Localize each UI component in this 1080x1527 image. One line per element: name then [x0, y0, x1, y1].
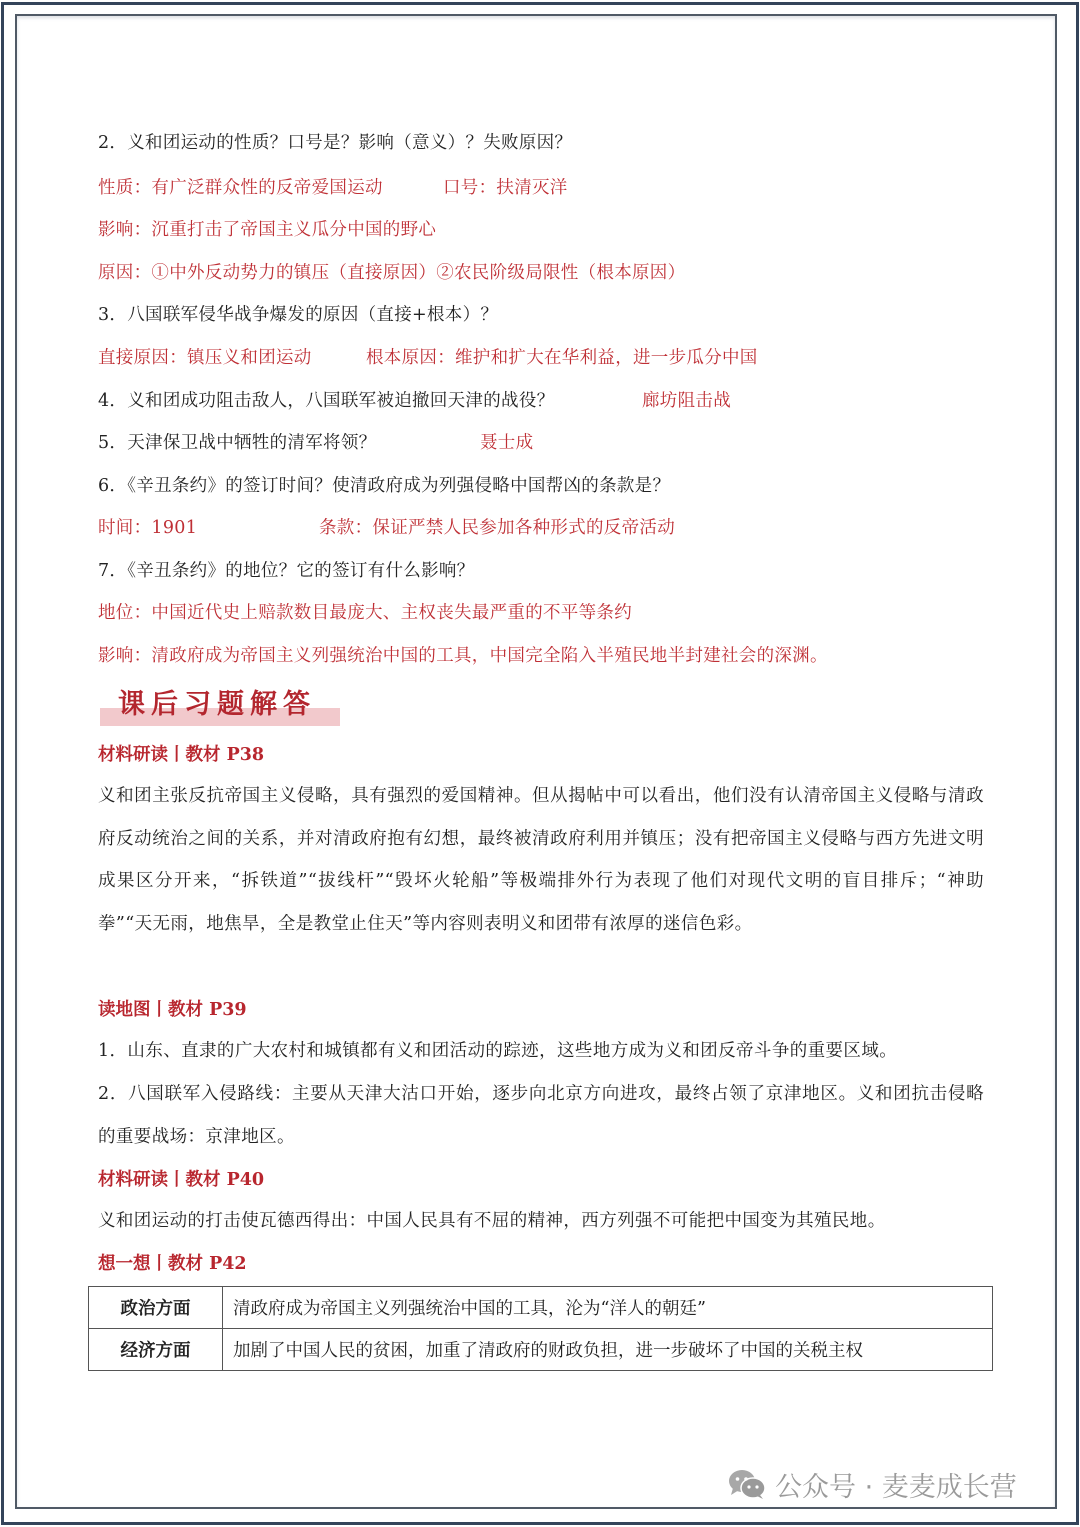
table-row: 政治方面 清政府成为帝国主义列强统治中国的工具，沦为“洋人的朝廷” — [89, 1287, 993, 1329]
section-item-p39-1: 1．山东、直隶的广大农村和城镇都有义和团活动的踪迹，这些地方成为义和团反帝斗争的… — [98, 1030, 984, 1073]
banner-title: 课后习题解答 — [118, 686, 316, 724]
section-heading-p40: 材料研读丨教材 P40 — [98, 1168, 264, 1192]
question-3: 3．八国联军侵华战争爆发的原因（直接+根本）？ — [98, 303, 498, 327]
answer-3-root: 根本原因：维护和扩大在华利益，进一步瓜分中国 — [366, 346, 758, 370]
question-5: 5．天津保卫战中牺牲的清军将领？ — [98, 431, 376, 455]
answer-2-reason: 原因：①中外反动势力的镇压（直接原因）②农民阶级局限性（根本原因） — [98, 261, 685, 285]
table-cell-content: 加剧了中国人民的贫困，加重了清政府的财政负担，进一步破坏了中国的关税主权 — [223, 1329, 993, 1371]
answer-2-slogan: 口号：扶清灭洋 — [443, 176, 568, 200]
watermark-text: 公众号 · 麦麦成长营 — [775, 1465, 1017, 1504]
wechat-icon — [727, 1468, 767, 1500]
section-banner: 课后习题解答 — [100, 686, 340, 730]
question-6: 6．《辛丑条约》的签订时间？使清政府成为列强侵略中国帮凶的条款是？ — [98, 474, 670, 498]
answer-7-influence: 影响：清政府成为帝国主义列强统治中国的工具，中国完全陷入半殖民地半封建社会的深渊… — [98, 644, 828, 668]
table-cell-aspect: 经济方面 — [89, 1329, 223, 1371]
question-4: 4．义和团成功阻击敌人，八国联军被迫撤回天津的战役？ — [98, 389, 554, 413]
comparison-table: 政治方面 清政府成为帝国主义列强统治中国的工具，沦为“洋人的朝廷” 经济方面 加… — [88, 1286, 993, 1371]
section-heading-p42: 想一想丨教材 P42 — [98, 1252, 247, 1276]
question-2: 2．义和团运动的性质？口号是？影响（意义）？失败原因？ — [98, 131, 572, 155]
table-cell-content: 清政府成为帝国主义列强统治中国的工具，沦为“洋人的朝廷” — [223, 1287, 993, 1329]
answer-7-status: 地位：中国近代史上赔款数目最庞大、主权丧失最严重的不平等条约 — [98, 601, 632, 625]
answer-2-influence: 影响：沉重打击了帝国主义瓜分中国的野心 — [98, 218, 436, 242]
table-row: 经济方面 加剧了中国人民的贫困，加重了清政府的财政负担，进一步破坏了中国的关税主… — [89, 1329, 993, 1371]
answer-4: 廊坊阻击战 — [642, 389, 731, 413]
answer-2-nature-text: 性质：有广泛群众性的反帝爱国运动 — [98, 176, 383, 200]
watermark: 公众号 · 麦麦成长营 — [727, 1464, 1017, 1504]
section-text-p38: 义和团主张反抗帝国主义侵略，具有强烈的爱国精神。但从揭帖中可以看出，他们没有认清… — [98, 775, 984, 945]
section-heading-p39: 读地图丨教材 P39 — [98, 998, 247, 1022]
answer-3-direct: 直接原因：镇压义和团运动 — [98, 346, 312, 370]
answer-6-time: 时间：1901 — [98, 516, 197, 540]
question-7: 7．《辛丑条约》的地位？它的签订有什么影响？ — [98, 559, 474, 583]
answer-6-clause: 条款：保证严禁人民参加各种形式的反帝活动 — [319, 516, 675, 540]
section-heading-p38: 材料研读丨教材 P38 — [98, 743, 264, 767]
section-item-p39-2: 2．八国联军入侵路线：主要从天津大沽口开始，逐步向北京方向进攻，最终占领了京津地… — [98, 1073, 984, 1158]
table-cell-aspect: 政治方面 — [89, 1287, 223, 1329]
section-text-p40: 义和团运动的打击使瓦德西得出：中国人民具有不屈的精神，西方列强不可能把中国变为其… — [98, 1200, 984, 1243]
answer-5: 聂士成 — [480, 431, 533, 455]
